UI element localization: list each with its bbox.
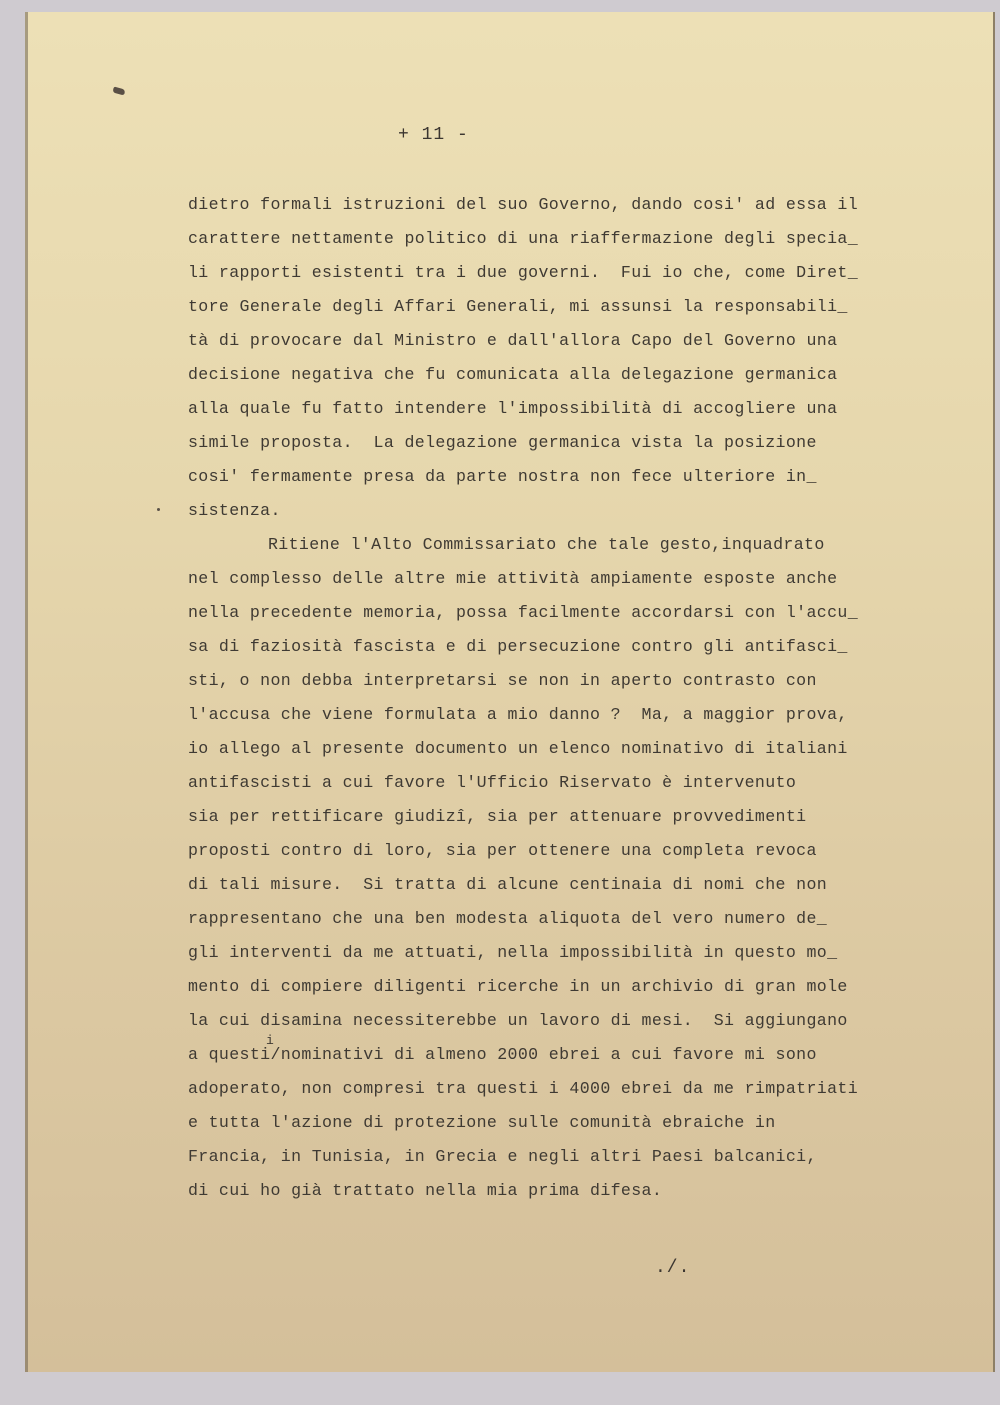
document-body: dietro formali istruzioni del suo Govern… xyxy=(188,188,968,1208)
text-line: rappresentano che una ben modesta aliquo… xyxy=(188,902,968,936)
text-line: a questi/nominativi di almeno 2000 ebrei… xyxy=(188,1038,968,1072)
text-line: di cui ho già trattato nella mia prima d… xyxy=(188,1174,968,1208)
page-number: + 11 - xyxy=(398,125,469,145)
text-line: simile proposta. La delegazione germanic… xyxy=(188,426,968,460)
continuation-mark: ./. xyxy=(655,1258,690,1278)
text-line: adoperato, non compresi tra questi i 400… xyxy=(188,1072,968,1106)
text-line: di tali misure. Si tratta di alcune cent… xyxy=(188,868,968,902)
text-line: io allego al presente documento un elenc… xyxy=(188,732,968,766)
text-line: carattere nettamente politico di una ria… xyxy=(188,222,968,256)
text-line: sa di faziosità fascista e di persecuzio… xyxy=(188,630,968,664)
text-line: e tutta l'azione di protezione sulle com… xyxy=(188,1106,968,1140)
paragraph-1: dietro formali istruzioni del suo Govern… xyxy=(188,188,968,528)
text-line: Francia, in Tunisia, in Grecia e negli a… xyxy=(188,1140,968,1174)
text-line: sti, o non debba interpretarsi se non in… xyxy=(188,664,968,698)
text-line: alla quale fu fatto intendere l'impossib… xyxy=(188,392,968,426)
text-line: sistenza. xyxy=(188,494,968,528)
text-line: tà di provocare dal Ministro e dall'allo… xyxy=(188,324,968,358)
text-line: gli interventi da me attuati, nella impo… xyxy=(188,936,968,970)
text-line: decisione negativa che fu comunicata all… xyxy=(188,358,968,392)
paragraph-2: Ritiene l'Alto Commissariato che tale ge… xyxy=(188,528,968,1208)
text-line: li rapporti esistenti tra i due governi.… xyxy=(188,256,968,290)
margin-mark xyxy=(157,508,160,511)
text-line: nel complesso delle altre mie attività a… xyxy=(188,562,968,596)
punch-hole xyxy=(112,87,125,96)
text-line: antifascisti a cui favore l'Ufficio Rise… xyxy=(188,766,968,800)
text-line: l'accusa che viene formulata a mio danno… xyxy=(188,698,968,732)
text-line: Ritiene l'Alto Commissariato che tale ge… xyxy=(188,528,968,562)
text-line: la cui disamina necessiterebbe un lavoro… xyxy=(188,1004,968,1038)
handwritten-insertion: i xyxy=(266,1033,274,1048)
text-line: cosi' fermamente presa da parte nostra n… xyxy=(188,460,968,494)
text-line: proposti contro di loro, sia per ottener… xyxy=(188,834,968,868)
text-line: nella precedente memoria, possa facilmen… xyxy=(188,596,968,630)
text-line: mento di compiere diligenti ricerche in … xyxy=(188,970,968,1004)
text-line: dietro formali istruzioni del suo Govern… xyxy=(188,188,968,222)
text-line: tore Generale degli Affari Generali, mi … xyxy=(188,290,968,324)
text-line: sia per rettificare giudizî, sia per att… xyxy=(188,800,968,834)
